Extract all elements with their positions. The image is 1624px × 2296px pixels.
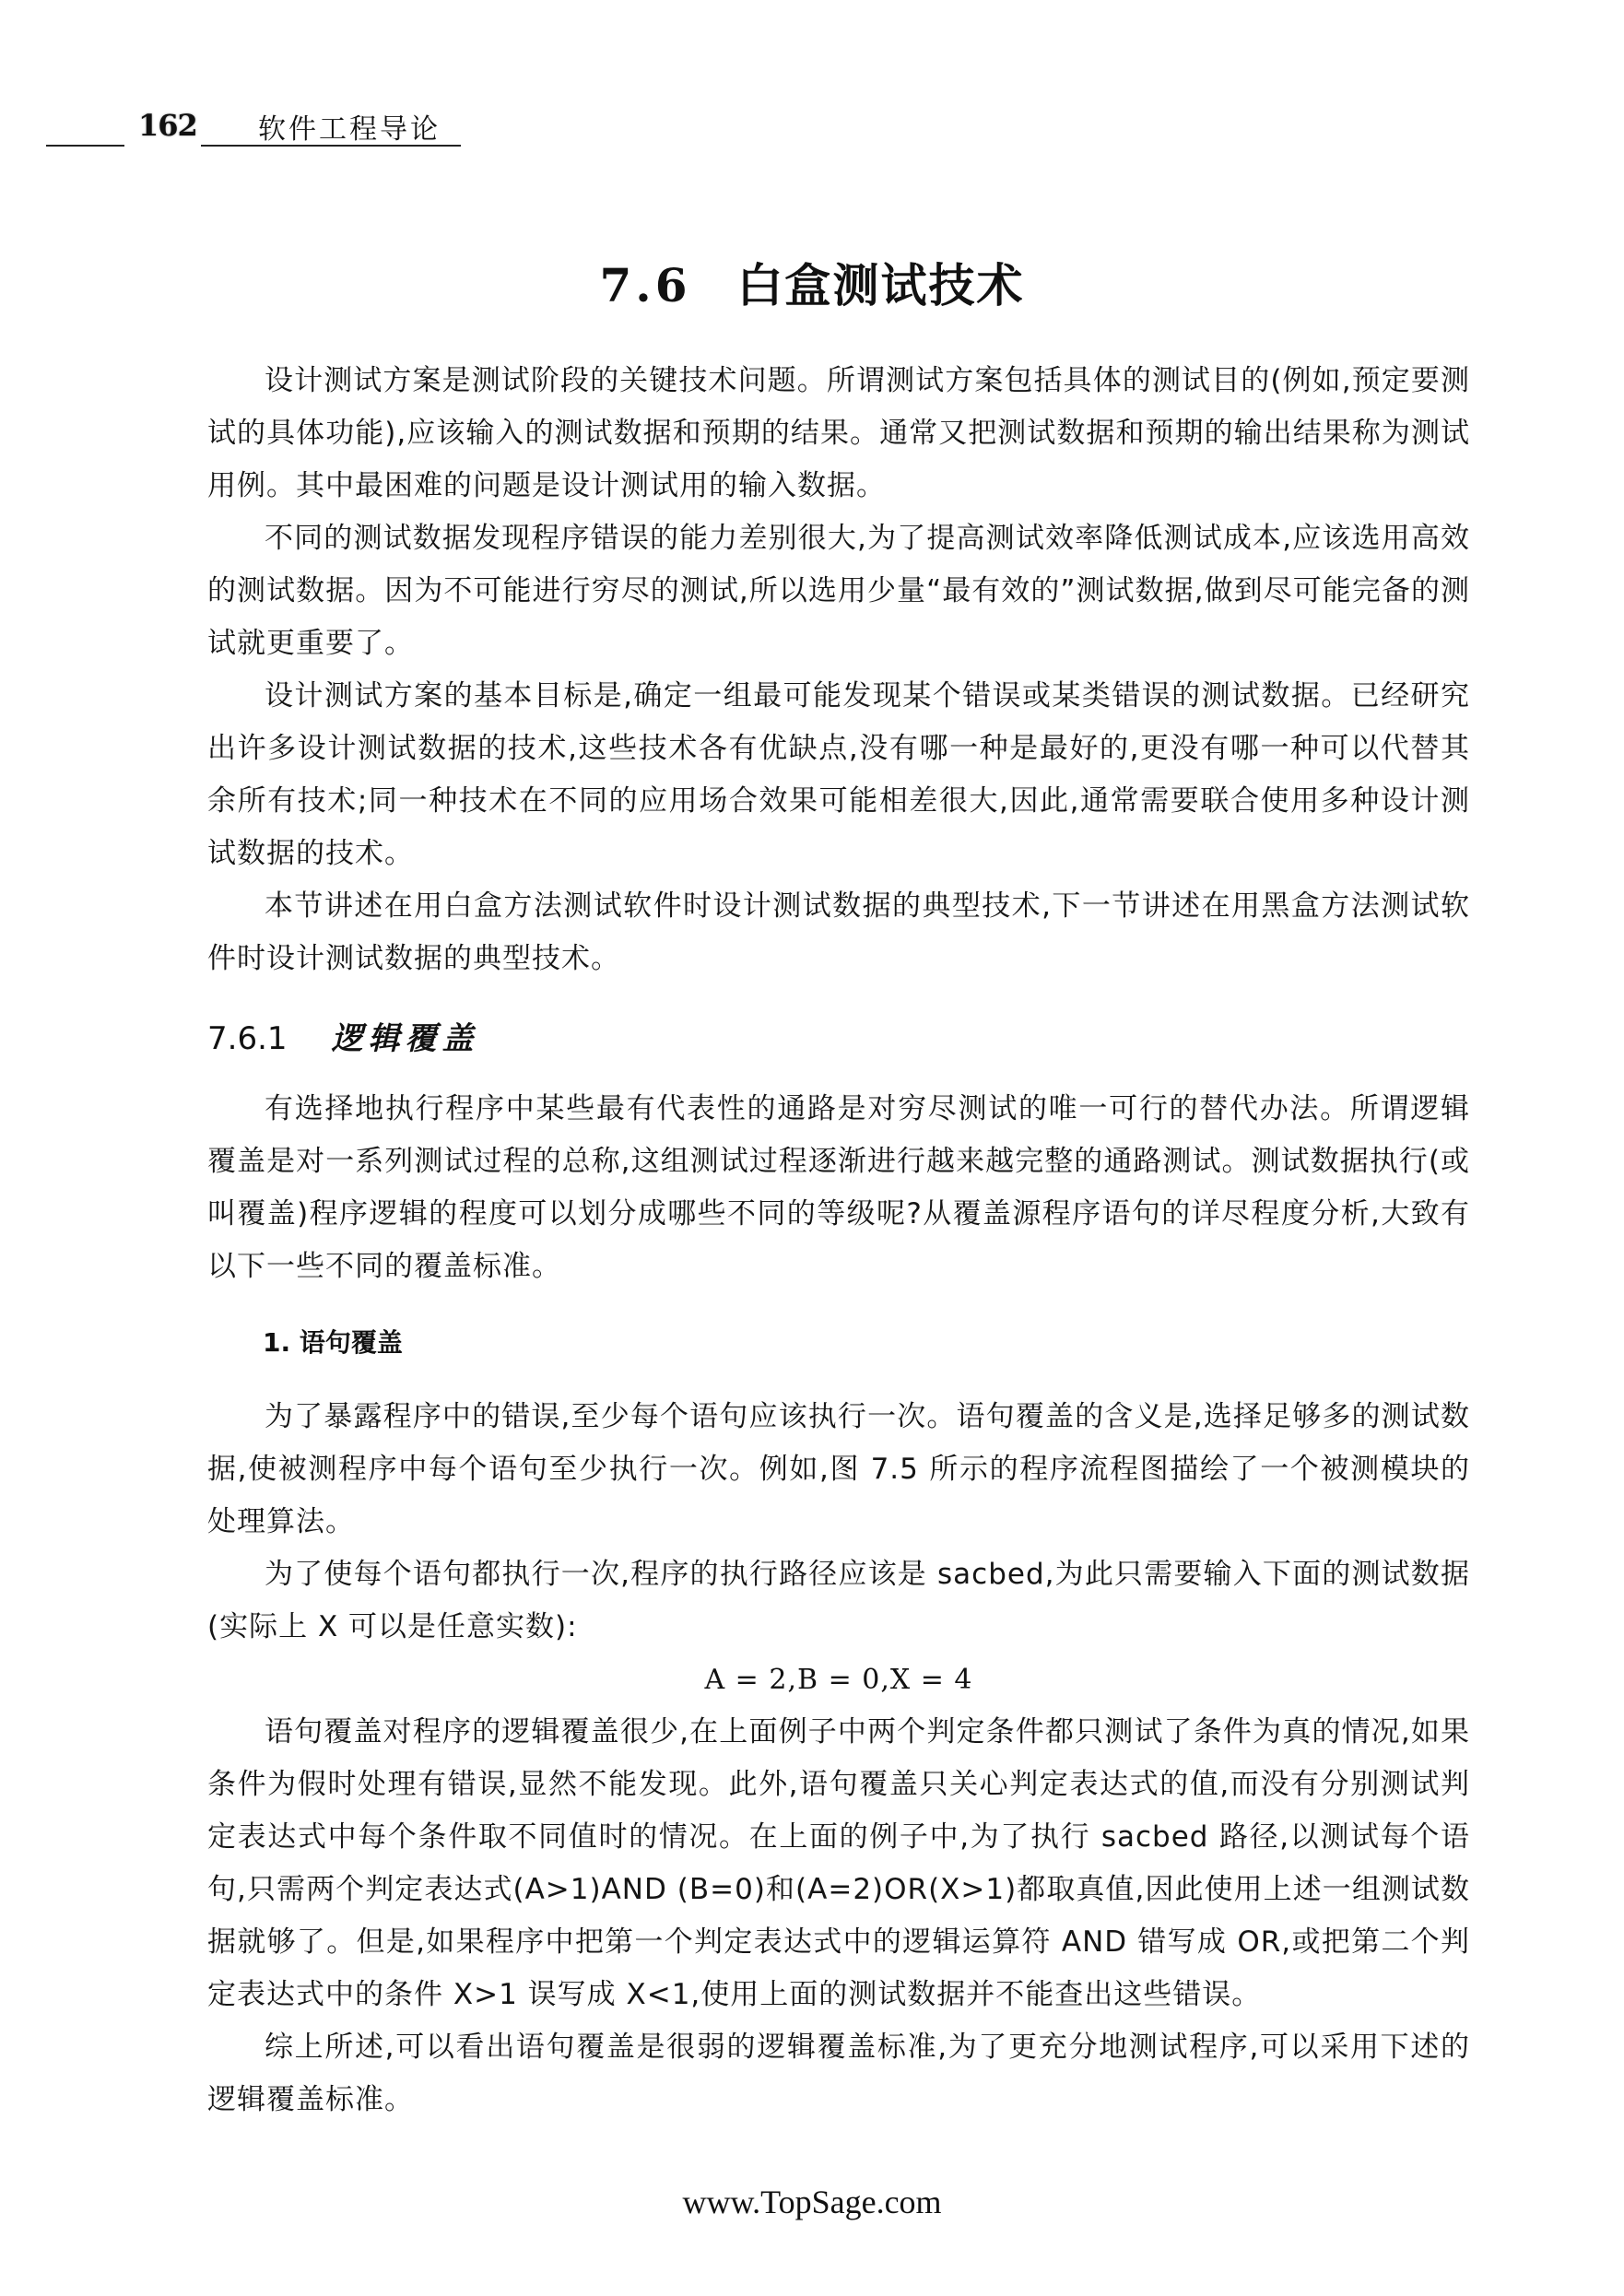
section-title: 白盒测试技术 bbox=[737, 259, 1025, 312]
paragraph: 综上所述,可以看出语句覆盖是很弱的逻辑覆盖标准,为了更充分地测试程序,可以采用下… bbox=[207, 2021, 1470, 2126]
page-body: 设计测试方案是测试阶段的关键技术问题。所谓测试方案包括具体的测试目的(例如,预定… bbox=[207, 355, 1470, 2126]
page-number: 162 bbox=[138, 108, 197, 143]
section-number: 7.6 bbox=[600, 258, 691, 312]
item-heading: 1. 语句覆盖 bbox=[263, 1321, 1470, 1365]
paragraph: 语句覆盖对程序的逻辑覆盖很少,在上面例子中两个判定条件都只测试了条件为真的情况,… bbox=[207, 1706, 1470, 2021]
test-data-formula: A = 2,B = 0,X = 4 bbox=[207, 1654, 1470, 1706]
section-heading: 7.6白盒测试技术 bbox=[0, 249, 1624, 315]
paragraph: 为了暴露程序中的错误,至少每个语句应该执行一次。语句覆盖的含义是,选择足够多的测… bbox=[207, 1391, 1470, 1548]
subsection-heading: 7.6.1逻辑覆盖 bbox=[207, 1017, 1470, 1061]
paragraph: 设计测试方案是测试阶段的关键技术问题。所谓测试方案包括具体的测试目的(例如,预定… bbox=[207, 355, 1470, 512]
paragraph: 有选择地执行程序中某些最有代表性的通路是对穷尽测试的唯一可行的替代办法。所谓逻辑… bbox=[207, 1083, 1470, 1293]
running-header: 162 软件工程导论 bbox=[0, 97, 479, 152]
book-title: 软件工程导论 bbox=[258, 106, 441, 147]
subsection-title: 逻辑覆盖 bbox=[332, 1020, 479, 1057]
paragraph: 设计测试方案的基本目标是,确定一组最可能发现某个错误或某类错误的测试数据。已经研… bbox=[207, 670, 1470, 880]
footer-url: www.TopSage.com bbox=[0, 2183, 1624, 2221]
paragraph: 为了使每个语句都执行一次,程序的执行路径应该是 sacbed,为此只需要输入下面… bbox=[207, 1548, 1470, 1654]
paragraph: 本节讲述在用白盒方法测试软件时设计测试数据的典型技术,下一节讲述在用黑盒方法测试… bbox=[207, 880, 1470, 985]
header-rule bbox=[46, 145, 124, 147]
subsection-number: 7.6.1 bbox=[207, 1020, 288, 1057]
paragraph: 不同的测试数据发现程序错误的能力差别很大,为了提高测试效率降低测试成本,应该选用… bbox=[207, 512, 1470, 670]
